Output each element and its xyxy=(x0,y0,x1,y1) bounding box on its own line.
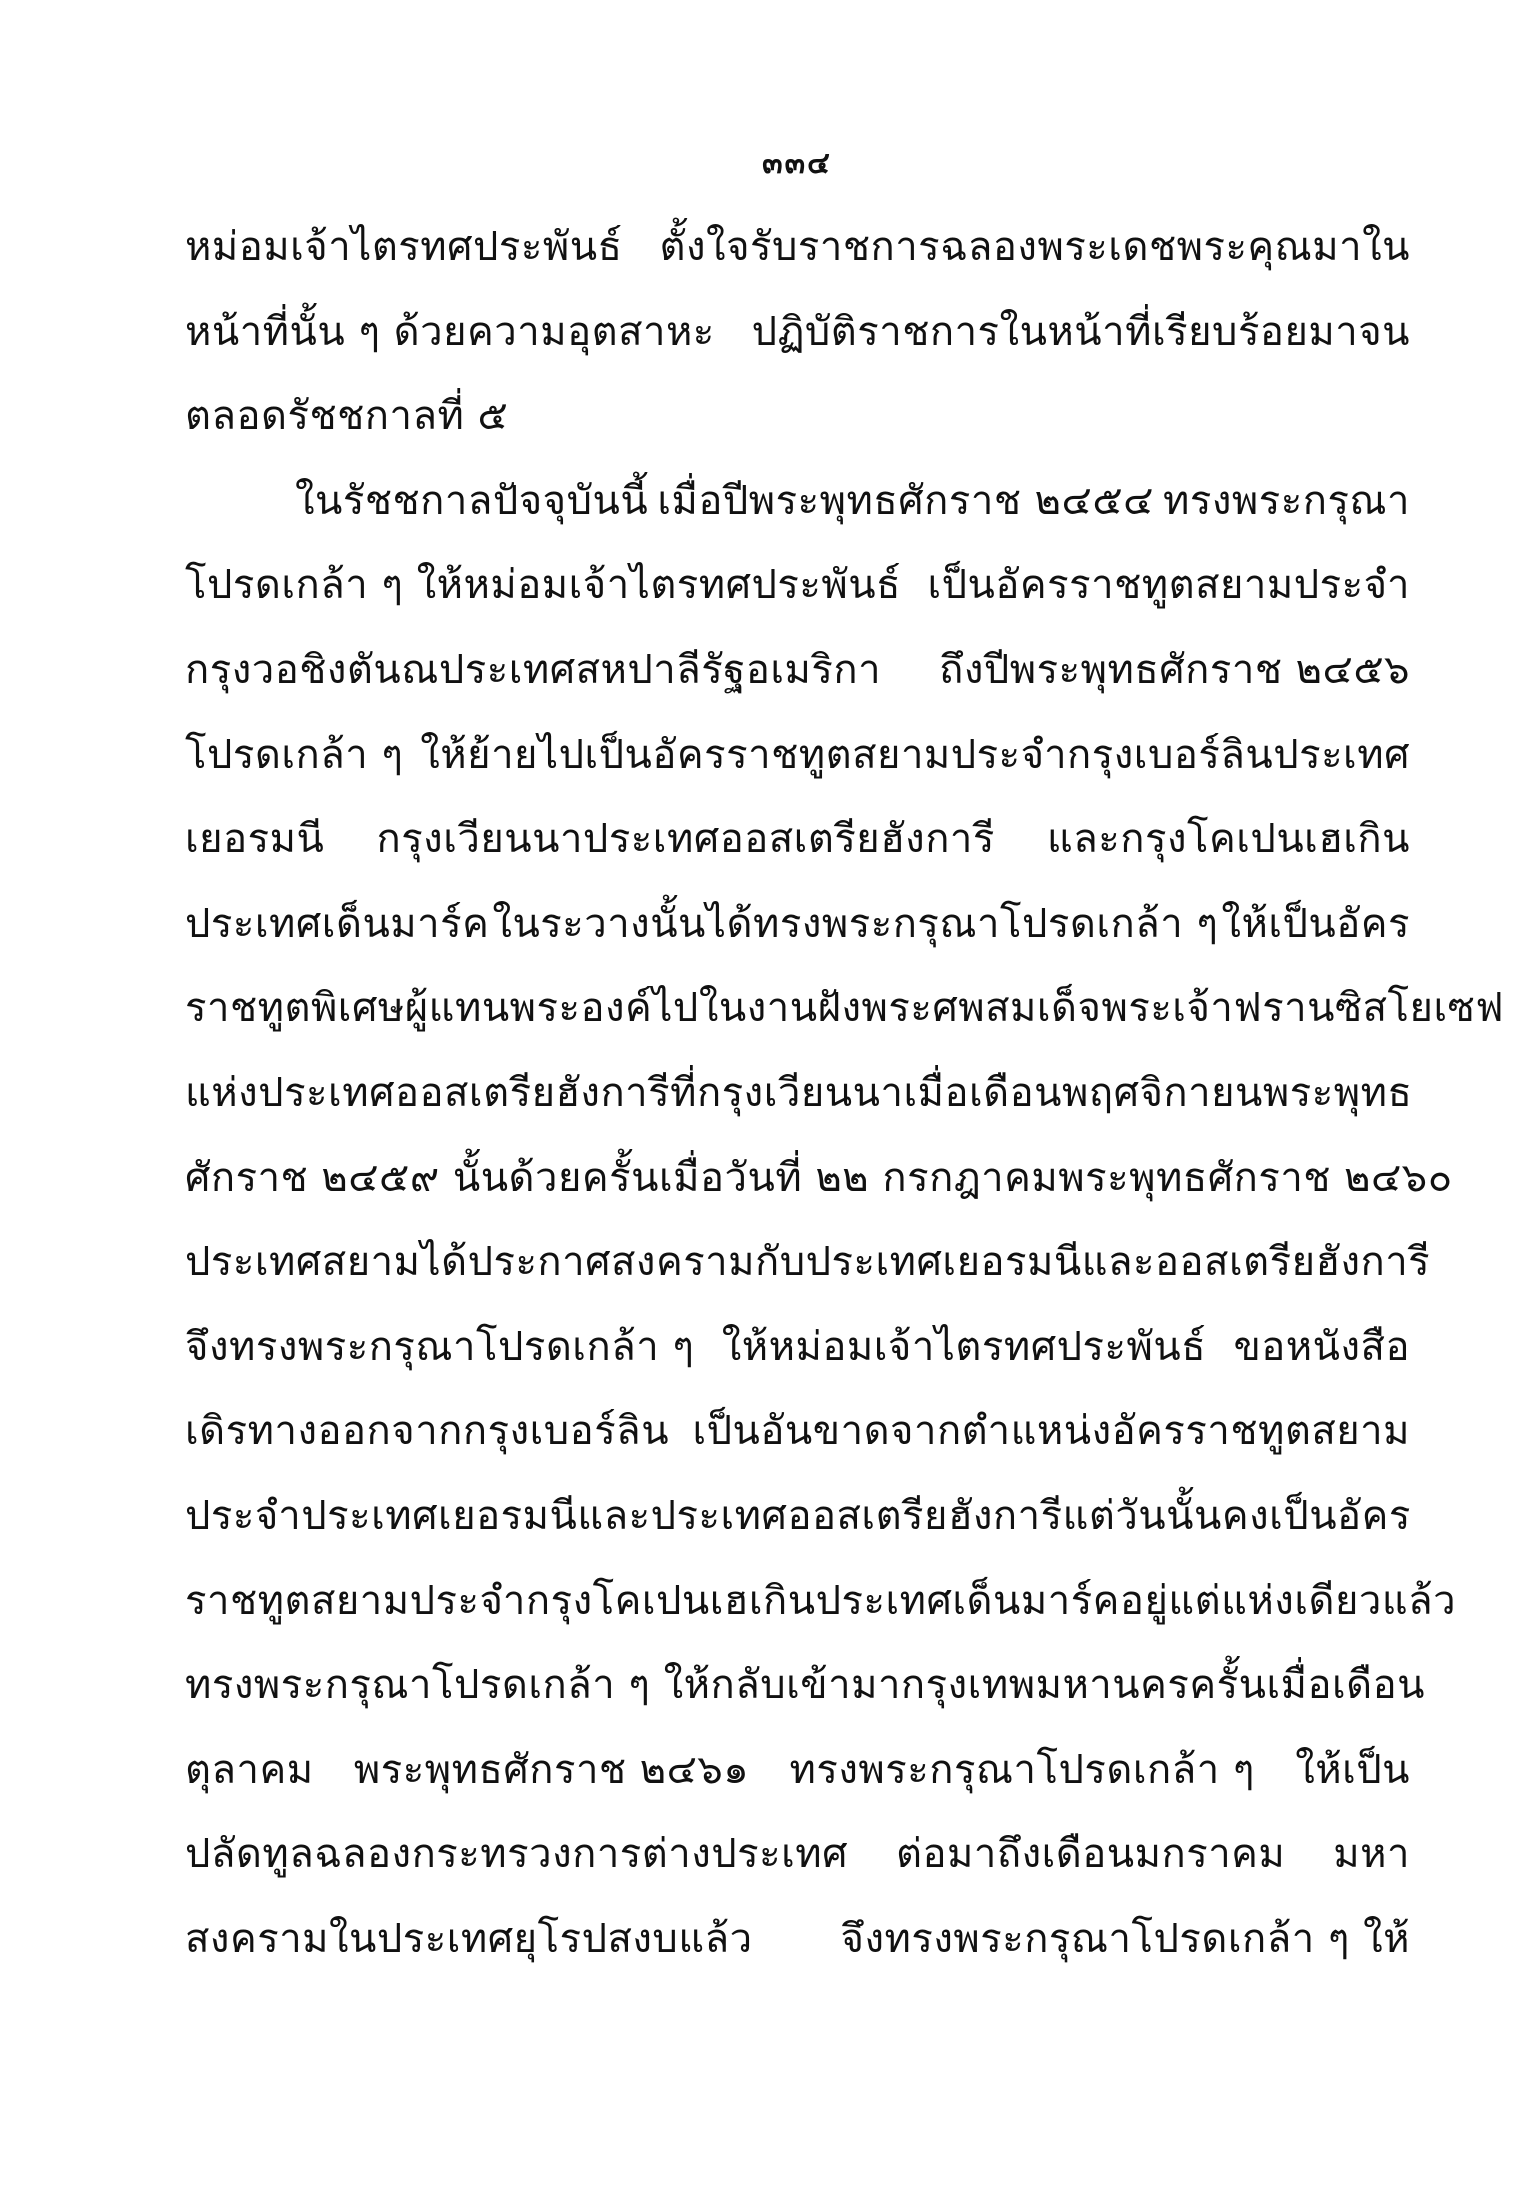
text-segment: ศักราช ๒๔๕๙ นั้นด้วย xyxy=(185,1136,582,1221)
text-segment: เมื่อเดือนพฤศจิกายน xyxy=(903,1051,1262,1136)
text-segment: ถึงปีพระพุทธศักราช ๒๔๕๖ xyxy=(939,628,1410,713)
text-segment: มหา xyxy=(1333,1812,1410,1897)
text-segment: ตลอดรัชชกาลที่ ๕ xyxy=(185,374,508,459)
text-segment: เป็นอัครราชทูตสยามประจำ xyxy=(927,543,1410,628)
text-line: ราชทูตพิเศษผู้แทนพระองค์ไปในงานฝังพระศพส… xyxy=(185,966,1410,1051)
text-segment: เยอรมนี xyxy=(185,797,324,882)
text-line: สงครามในประเทศยุโรปสงบแล้วจึงทรงพระกรุณา… xyxy=(185,1897,1410,1982)
text-segment: เป็นอันขาดจากตำแหน่งอัครราชทูตสยาม xyxy=(692,1389,1410,1474)
text-segment: ทรงพระกรุณา xyxy=(1163,459,1410,544)
text-segment: จึงทรงพระกรุณาโปรดเกล้า ๆ xyxy=(185,1305,694,1390)
text-line: ประเทศเด็นมาร์คในระวางนั้นได้ทรงพระกรุณา… xyxy=(185,882,1410,967)
text-segment: ทรงพระกรุณาโปรดเกล้า ๆ xyxy=(790,1728,1255,1813)
text-segment: พระพุทธศักราช ๒๔๖๑ xyxy=(354,1728,749,1813)
text-segment: ให้ย้ายไปเป็นอัครราชทูตสยามประจำกรุงเบอร… xyxy=(420,713,1410,798)
text-line: โปรดเกล้า ๆ ให้หม่อมเจ้าไตรทศประพันธ์เป็… xyxy=(185,543,1410,628)
text-segment: ครั้นเมื่อวันที่ ๒๒ กรกฎาคม xyxy=(582,1136,1058,1221)
text-line: เดิรทางออกจากกรุงเบอร์ลินเป็นอันขาดจากตำ… xyxy=(185,1389,1410,1474)
text-segment: เมื่อปีพระพุทธศักราช ๒๔๕๔ xyxy=(657,459,1154,544)
text-segment: สงครามในประเทศยุโรปสงบแล้ว xyxy=(185,1897,753,1982)
text-segment: แห่งประเทศออสเตรียฮังการีที่กรุงเวียนนา xyxy=(185,1051,903,1136)
text-line: หน้าที่นั้น ๆ ด้วยความอุตสาหะปฏิบัติราชก… xyxy=(185,290,1410,375)
text-segment: ประเทศเด็นมาร์ค xyxy=(185,882,489,967)
text-segment: ในรัชชกาลปัจจุบันนี้ xyxy=(295,459,648,544)
text-segment: กรุงเวียนนาประเทศออสเตรียฮังการี xyxy=(376,797,994,882)
text-line: แห่งประเทศออสเตรียฮังการีที่กรุงเวียนนาเ… xyxy=(185,1051,1410,1136)
document-page: ๓๓๔ หม่อมเจ้าไตรทศประพันธ์ตั้งใจรับราชกา… xyxy=(0,0,1534,2209)
text-segment: ตั้งใจรับราชการฉลองพระเดชพระคุณมาใน xyxy=(660,205,1410,290)
text-line: กรุงวอชิงตันณประเทศสหปาลีรัฐอเมริกาถึงปี… xyxy=(185,628,1410,713)
text-segment: ทรงพระกรุณาโปรดเกล้า ๆ ให้กลับเข้ามากรุง… xyxy=(185,1643,1189,1728)
text-segment: พระพุทธ xyxy=(1263,1051,1412,1136)
text-segment: ปลัดทูลฉลองกระทรวงการต่างประเทศ xyxy=(185,1812,848,1897)
text-segment: หน้าที่นั้น ๆ ด้วยความอุตสาหะ xyxy=(185,290,715,375)
text-line: ประเทศสยามได้ประกาศสงครามกับประเทศเยอรมน… xyxy=(185,1220,1410,1305)
text-segment: แล้ว xyxy=(1382,1559,1456,1644)
text-line: ตุลาคมพระพุทธศักราช ๒๔๖๑ทรงพระกรุณาโปรดเ… xyxy=(185,1728,1410,1813)
text-line: ศักราช ๒๔๕๙ นั้นด้วยครั้นเมื่อวันที่ ๒๒ … xyxy=(185,1136,1410,1221)
text-segment: คงเป็นอัคร xyxy=(1222,1474,1411,1559)
text-line: ปลัดทูลฉลองกระทรวงการต่างประเทศต่อมาถึงเ… xyxy=(185,1812,1410,1897)
text-segment: จึงทรงพระกรุณาโปรดเกล้า ๆ ให้ xyxy=(841,1897,1410,1982)
text-segment: พระพุทธศักราช ๒๔๖๐ xyxy=(1058,1136,1452,1221)
text-line: ประจำประเทศเยอรมนีและประเทศออสเตรียฮังกา… xyxy=(185,1474,1410,1559)
text-segment: กรุงวอชิงตันณประเทศสหปาลีรัฐอเมริกา xyxy=(185,628,881,713)
text-line: เยอรมนีกรุงเวียนนาประเทศออสเตรียฮังการีแ… xyxy=(185,797,1410,882)
body-text: หม่อมเจ้าไตรทศประพันธ์ตั้งใจรับราชการฉลอ… xyxy=(185,205,1410,1981)
text-segment: ให้เป็นอัคร xyxy=(1221,882,1410,967)
text-segment: ขอหนังสือ xyxy=(1233,1305,1410,1390)
text-line: ทรงพระกรุณาโปรดเกล้า ๆ ให้กลับเข้ามากรุง… xyxy=(185,1643,1410,1728)
text-segment: ประจำประเทศเยอรมนีและประเทศออสเตรียฮังกา… xyxy=(185,1474,1222,1559)
text-segment: ปฏิบัติราชการในหน้าที่เรียบร้อยมาจน xyxy=(752,290,1410,375)
text-segment: และกรุงโคเปนเฮเกิน xyxy=(1047,797,1410,882)
text-segment: ให้หม่อมเจ้าไตรทศประพันธ์ xyxy=(722,1305,1206,1390)
text-segment: ครั้นเมื่อเดือน xyxy=(1189,1643,1425,1728)
text-line: ราชทูตสยามประจำกรุงโคเปนเฮเกินประเทศเด็น… xyxy=(185,1559,1410,1644)
text-segment: เดิรทางออกจากกรุงเบอร์ลิน xyxy=(185,1389,669,1474)
text-line: ในรัชชกาลปัจจุบันนี้เมื่อปีพระพุทธศักราช… xyxy=(185,459,1410,544)
text-segment: โปรดเกล้า ๆ xyxy=(185,713,403,798)
text-line: ตลอดรัชชกาลที่ ๕ xyxy=(185,374,1410,459)
text-line: โปรดเกล้า ๆให้ย้ายไปเป็นอัครราชทูตสยามปร… xyxy=(185,713,1410,798)
text-segment: ให้เป็น xyxy=(1295,1728,1410,1813)
text-segment: ราชทูตสยามประจำกรุงโคเปนเฮเกินประเทศเด็น… xyxy=(185,1559,1382,1644)
text-segment: ต่อมาถึงเดือนมกราคม xyxy=(896,1812,1285,1897)
text-segment: ตุลาคม xyxy=(185,1728,314,1813)
text-segment: ในระวางนั้นได้ทรงพระกรุณาโปรดเกล้า ๆ xyxy=(492,882,1218,967)
text-line: จึงทรงพระกรุณาโปรดเกล้า ๆให้หม่อมเจ้าไตร… xyxy=(185,1305,1410,1390)
text-segment: หม่อมเจ้าไตรทศประพันธ์ xyxy=(185,205,623,290)
text-segment: โปรดเกล้า ๆ ให้หม่อมเจ้าไตรทศประพันธ์ xyxy=(185,543,901,628)
text-segment: ราชทูตพิเศษผู้แทนพระองค์ไปในงานฝังพระศพส… xyxy=(185,966,1504,1051)
page-number: ๓๓๔ xyxy=(30,140,1534,187)
text-line: หม่อมเจ้าไตรทศประพันธ์ตั้งใจรับราชการฉลอ… xyxy=(185,205,1410,290)
text-segment: ประเทศสยามได้ประกาศสงครามกับประเทศเยอรมน… xyxy=(185,1220,1430,1305)
